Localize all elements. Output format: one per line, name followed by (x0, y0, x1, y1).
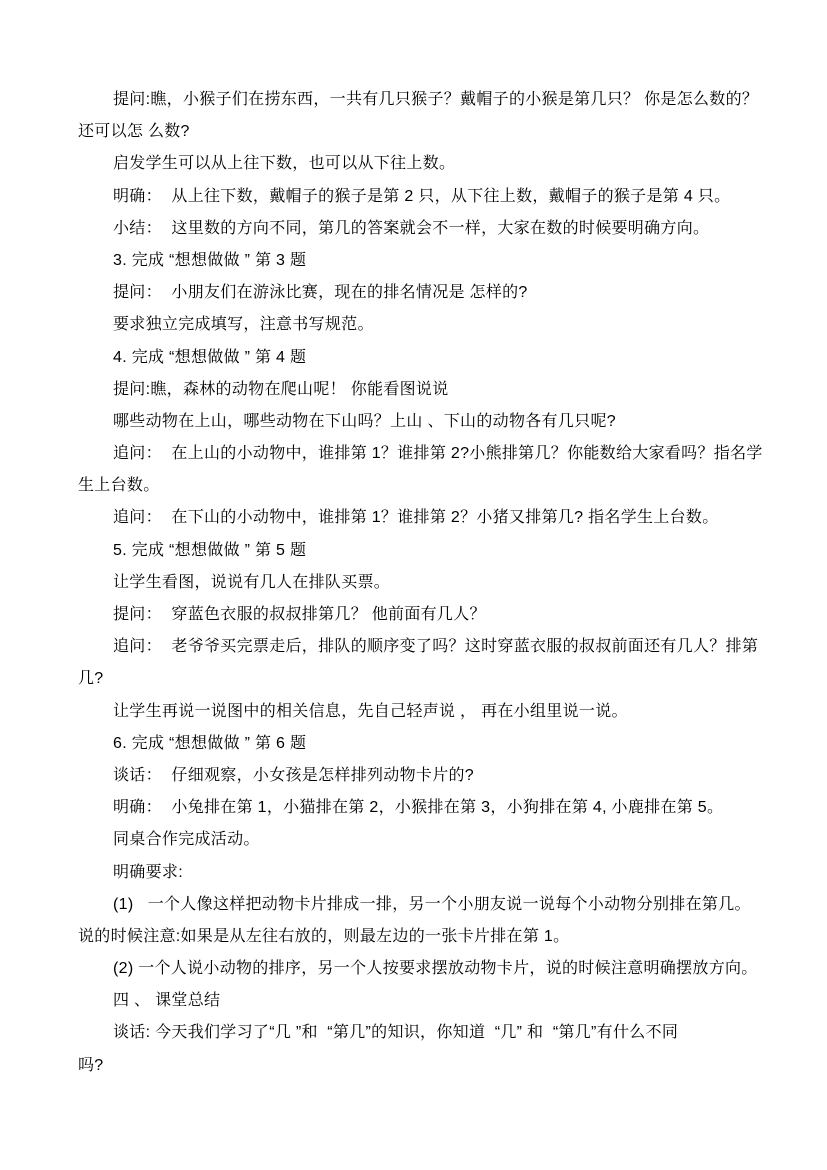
text-line: 谈话: 今天我们学习了“几 ”和 “第几”的知识，你知道 “几” 和 “第几”有… (78, 1017, 778, 1049)
document-page: 提问:瞧，小猴子们在捞东西，一共有几只猴子？戴帽子的小猴是第几只？ 你是怎么数的… (78, 84, 778, 1082)
text-line-task-5-heading: 5. 完成 “想想做做 ” 第 5 题 (78, 535, 778, 567)
text-line: 明确： 从上往下数，戴帽子的猴子是第 2 只，从下往上数，戴帽子的猴子是第 4 … (78, 181, 778, 213)
text-line: 追问： 老爷爷买完票走后，排队的顺序变了吗？这时穿蓝衣服的叔叔前面还有几人？排第 (78, 631, 778, 663)
text-line-task-6-heading: 6. 完成 “想想做做 ” 第 6 题 (78, 728, 778, 760)
text-line: 提问:瞧，森林的动物在爬山呢！ 你能看图说说 (78, 374, 778, 406)
text-line: 提问： 小朋友们在游泳比赛，现在的排名情况是 怎样的? (78, 277, 778, 309)
text-line: 提问:瞧，小猴子们在捞东西，一共有几只猴子？戴帽子的小猴是第几只？ 你是怎么数的… (78, 84, 778, 116)
text-line-task-3-heading: 3. 完成 “想想做做 ” 第 3 题 (78, 245, 778, 277)
text-line: 启发学生可以从上往下数，也可以从下往上数。 (78, 148, 778, 180)
text-line: 生上台数。 (78, 470, 778, 502)
text-line: 几? (78, 663, 778, 695)
text-line: 追问： 在下山的小动物中，谁排第 1？谁排第 2？小猪又排第几? 指名学生上台数… (78, 502, 778, 534)
text-line: 明确： 小兔排在第 1，小猫排在第 2，小猴排在第 3，小狗排在第 4, 小鹿排… (78, 792, 778, 824)
text-line: 追问： 在上山的小动物中，谁排第 1？谁排第 2?小熊排第几？你能数给大家看吗？… (78, 438, 778, 470)
text-line: 哪些动物在上山，哪些动物在下山吗？上山 、下山的动物各有几只呢? (78, 406, 778, 438)
text-line: 让学生再说一说图中的相关信息，先自己轻声说 ， 再在小组里说一说。 (78, 696, 778, 728)
text-line: 谈话： 仔细观察，小女孩是怎样排列动物卡片的? (78, 760, 778, 792)
text-line: 还可以怎 么数? (78, 116, 778, 148)
text-line-task-4-heading: 4. 完成 “想想做做 ” 第 4 题 (78, 342, 778, 374)
text-line: 要求独立完成填写，注意书写规范。 (78, 309, 778, 341)
text-line: 小结： 这里数的方向不同，第几的答案就会不一样，大家在数的时候要明确方向。 (78, 213, 778, 245)
text-line-step-2: (2) 一个人说小动物的排序，另一个人按要求摆放动物卡片，说的时候注意明确摆放方… (78, 953, 778, 985)
text-line: 让学生看图，说说有几人在排队买票。 (78, 567, 778, 599)
text-line-step-1: (1) 一个人像这样把动物卡片排成一排，另一个小朋友说一说每个小动物分别排在第几… (78, 889, 778, 921)
text-line: 明确要求: (78, 857, 778, 889)
text-line-section-4-heading: 四 、 课堂总结 (78, 985, 778, 1017)
text-line: 说的时候注意:如果是从左往右放的，则最左边的一张卡片排在第 1。 (78, 921, 778, 953)
text-line: 吗? (78, 1050, 778, 1082)
text-line: 提问： 穿蓝色衣服的叔叔排第几？ 他前面有几人？ (78, 599, 778, 631)
text-line: 同桌合作完成活动。 (78, 824, 778, 856)
